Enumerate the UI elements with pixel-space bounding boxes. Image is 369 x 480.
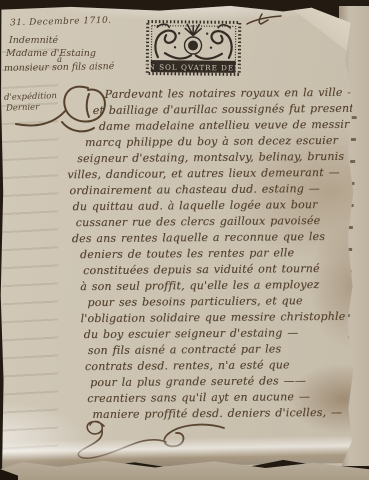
- stamp-band-text: VN SOL QVATRE DEN.: [145, 62, 243, 72]
- manuscript-page: VN SOL QVATRE DEN. 31. Decembre 1710. In…: [0, 4, 354, 474]
- manuscript-line: à son seul proffit, qu'elle les a employ…: [56, 277, 354, 296]
- manuscript-line: l'obligation solidaire que messire chris…: [56, 309, 354, 328]
- margin-note-recipient: monsieur son fils aisné: [4, 61, 115, 74]
- body-text: Pardevant les notaires royaux en la vill…: [55, 85, 356, 424]
- fiscal-stamp: VN SOL QVATRE DEN.: [145, 18, 243, 77]
- manuscript-line: des ans rentes laquelle a reconnue que l…: [56, 229, 354, 248]
- page-curl-shadow: [0, 435, 354, 469]
- margin-note-indemnity: Indemnité: [9, 35, 58, 46]
- margin-note-addressee: Madame d'Estaing: [6, 48, 96, 59]
- manuscript-scan: VN SOL QVATRE DEN. 31. Decembre 1710. In…: [0, 0, 369, 480]
- margin-date: 31. Decembre 1710.: [10, 16, 112, 29]
- corner-pen-mark-icon: [246, 12, 282, 28]
